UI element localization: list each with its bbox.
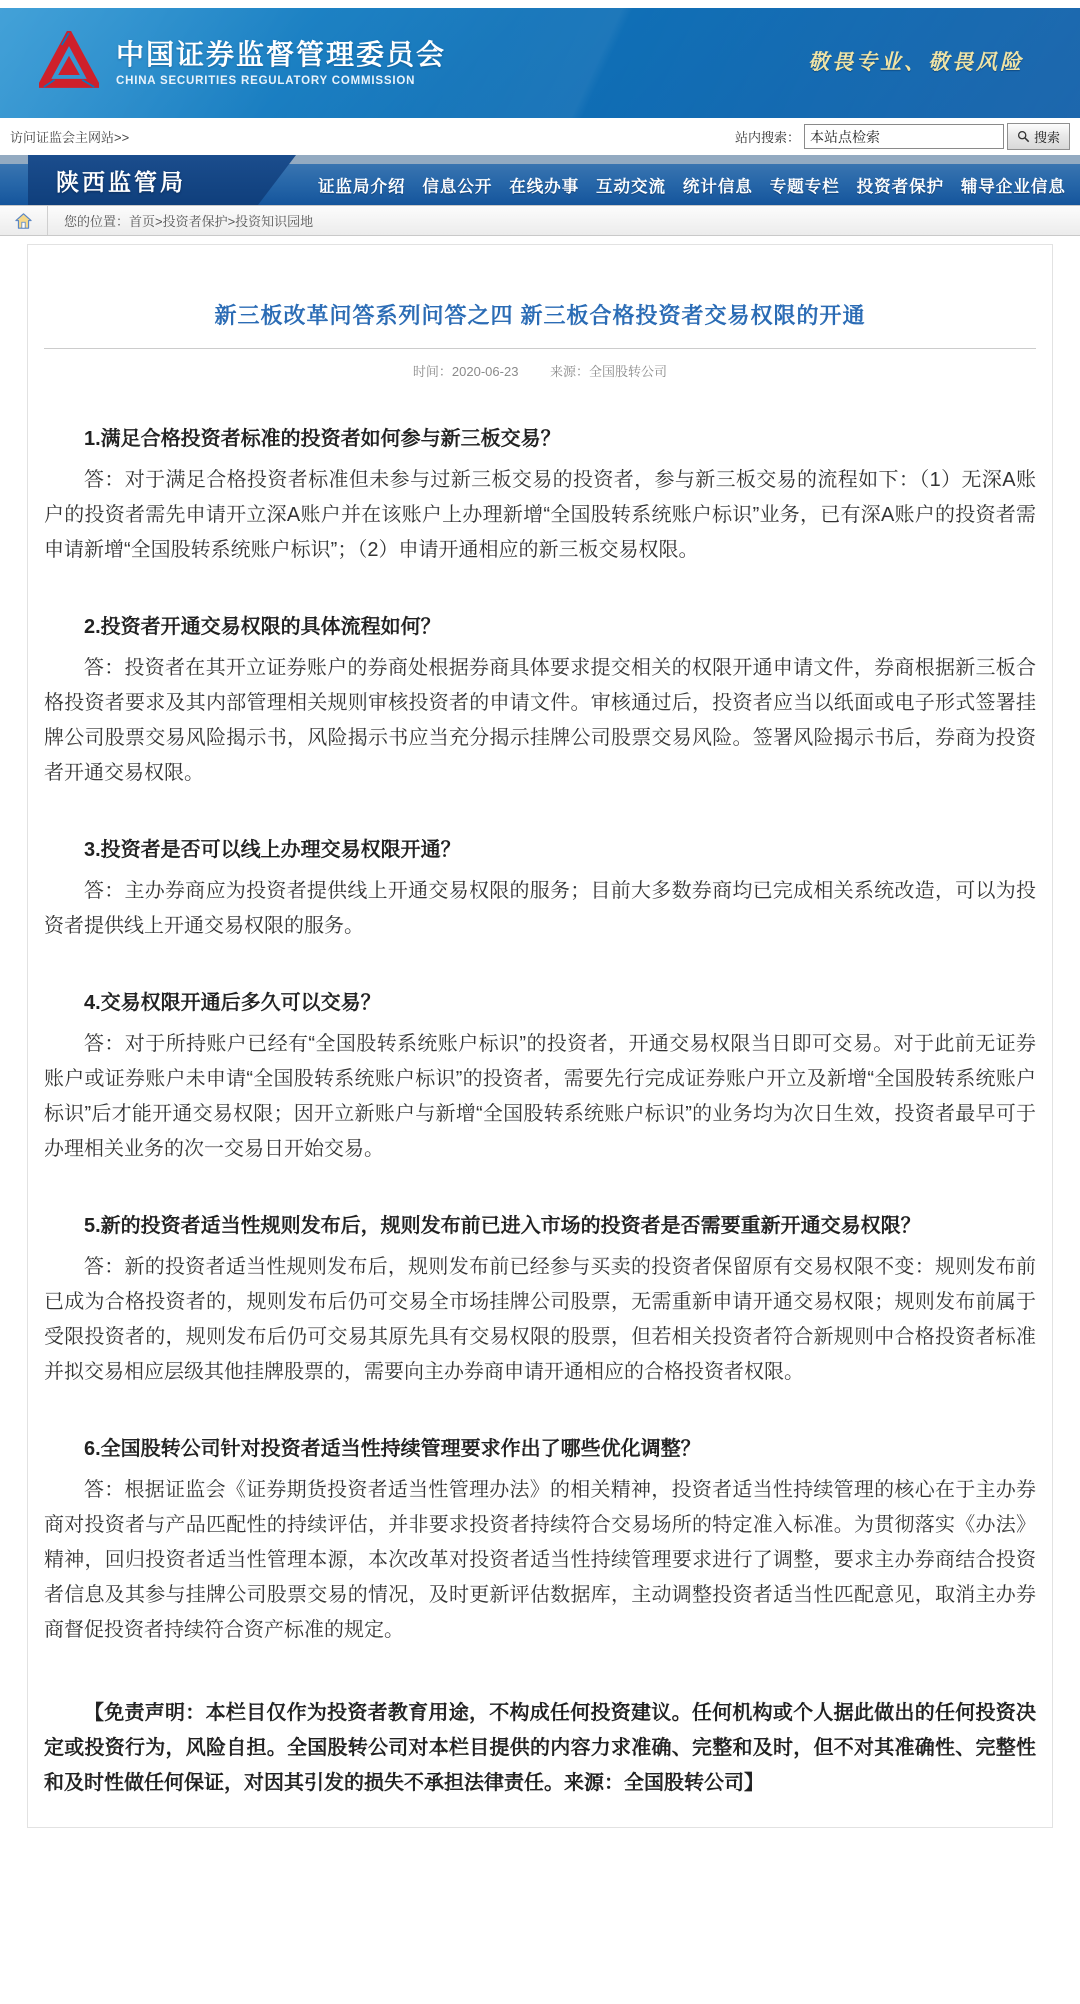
search-label: 站内搜索： <box>735 127 800 146</box>
article-time: 时间：2020-06-23 <box>413 364 519 379</box>
qa-section-5: 5.新的投资者适当性规则发布后，规则发布前已进入市场的投资者是否需要重新开通交易… <box>44 1209 1036 1390</box>
question-heading: 4.交易权限开通后多久可以交易？ <box>44 986 1036 1021</box>
slogan-text: 敬畏专业、敬畏风险 <box>808 46 1024 76</box>
breadcrumb: 您的位置：首页>投资者保护>投资知识园地 <box>0 205 1080 236</box>
main-navbar: 陕西监管局 证监局介绍 信息公开 在线办事 互动交流 统计信息 专题专栏 投资者… <box>0 155 1080 205</box>
nav-item-online-services[interactable]: 在线办事 <box>509 173 579 197</box>
nav-item-intro[interactable]: 证监局介绍 <box>318 173 406 197</box>
bureau-name: 陕西监管局 <box>56 164 186 197</box>
nav-item-coaching-enterprises[interactable]: 辅导企业信息 <box>961 173 1066 197</box>
title-divider <box>44 348 1036 349</box>
top-white-strip <box>0 0 1080 8</box>
qa-section-2: 2.投资者开通交易权限的具体流程如何？ 答：投资者在其开立证券账户的券商处根据券… <box>44 610 1036 791</box>
question-heading: 6.全国股转公司针对投资者适当性持续管理要求作出了哪些优化调整？ <box>44 1432 1036 1467</box>
question-heading: 5.新的投资者适当性规则发布后，规则发布前已进入市场的投资者是否需要重新开通交易… <box>44 1209 1036 1244</box>
question-heading: 3.投资者是否可以线上办理交易权限开通？ <box>44 833 1036 868</box>
disclaimer-text: 【免责声明：本栏目仅作为投资者教育用途，不构成任何投资建议。任何机构或个人据此做… <box>44 1696 1036 1801</box>
answer-paragraph: 答：根据证监会《证券期货投资者适当性管理办法》的相关精神，投资者适当性持续管理的… <box>44 1473 1036 1648</box>
page: 中国证券监督管理委员会 CHINA SECURITIES REGULATORY … <box>0 0 1080 1828</box>
nav-menu: 证监局介绍 信息公开 在线办事 互动交流 统计信息 专题专栏 投资者保护 辅导企… <box>318 164 1066 205</box>
nav-item-interaction[interactable]: 互动交流 <box>596 173 666 197</box>
answer-paragraph: 答：投资者在其开立证券账户的券商处根据券商具体要求提交相关的权限开通申请文件，券… <box>44 651 1036 791</box>
breadcrumb-text[interactable]: 您的位置：首页>投资者保护>投资知识园地 <box>48 206 313 235</box>
nav-item-statistics[interactable]: 统计信息 <box>683 173 753 197</box>
answer-paragraph: 答：新的投资者适当性规则发布后，规则发布前已经参与买卖的投资者保留原有交易权限不… <box>44 1250 1036 1390</box>
search-input[interactable] <box>804 124 1004 149</box>
question-heading: 1.满足合格投资者标准的投资者如何参与新三板交易？ <box>44 422 1036 457</box>
article-panel: 新三板改革问答系列问答之四 新三板合格投资者交易权限的开通 时间：2020-06… <box>27 244 1053 1828</box>
site-banner: 中国证券监督管理委员会 CHINA SECURITIES REGULATORY … <box>0 8 1080 118</box>
nav-item-info-disclosure[interactable]: 信息公开 <box>422 173 492 197</box>
question-heading: 2.投资者开通交易权限的具体流程如何？ <box>44 610 1036 645</box>
nav-item-special-topics[interactable]: 专题专栏 <box>770 173 840 197</box>
answer-paragraph: 答：主办券商应为投资者提供线上开通交易权限的服务；目前大多数券商均已完成相关系统… <box>44 874 1036 944</box>
article-meta: 时间：2020-06-23 来源：全国股转公司 <box>44 361 1036 380</box>
qa-section-4: 4.交易权限开通后多久可以交易？ 答：对于所持账户已经有“全国股转系统账户标识”… <box>44 986 1036 1167</box>
qa-section-6: 6.全国股转公司针对投资者适当性持续管理要求作出了哪些优化调整？ 答：根据证监会… <box>44 1432 1036 1648</box>
csrc-logo[interactable] <box>38 30 100 96</box>
search-button[interactable]: 搜索 <box>1007 123 1070 150</box>
bureau-tab[interactable]: 陕西监管局 <box>28 155 296 205</box>
qa-section-1: 1.满足合格投资者标准的投资者如何参与新三板交易？ 答：对于满足合格投资者标准但… <box>44 422 1036 568</box>
org-names: 中国证券监督管理委员会 CHINA SECURITIES REGULATORY … <box>116 39 446 87</box>
subheader-bar: 访问证监会主网站>> 站内搜索： 搜索 <box>0 118 1080 155</box>
nav-item-investor-protection[interactable]: 投资者保护 <box>857 173 945 197</box>
org-name-cn: 中国证券监督管理委员会 <box>116 39 446 71</box>
qa-section-3: 3.投资者是否可以线上办理交易权限开通？ 答：主办券商应为投资者提供线上开通交易… <box>44 833 1036 944</box>
main-site-link[interactable]: 访问证监会主网站>> <box>10 127 129 146</box>
answer-paragraph: 答：对于满足合格投资者标准但未参与过新三板交易的投资者，参与新三板交易的流程如下… <box>44 463 1036 568</box>
home-icon[interactable] <box>0 206 48 235</box>
org-name-en: CHINA SECURITIES REGULATORY COMMISSION <box>116 75 446 87</box>
article-source: 来源：全国股转公司 <box>550 364 667 379</box>
search-button-label: 搜索 <box>1034 127 1060 146</box>
magnifier-icon <box>1017 130 1030 143</box>
article-title: 新三板改革问答系列问答之四 新三板合格投资者交易权限的开通 <box>44 299 1036 330</box>
answer-paragraph: 答：对于所持账户已经有“全国股转系统账户标识”的投资者，开通交易权限当日即可交易… <box>44 1027 1036 1167</box>
